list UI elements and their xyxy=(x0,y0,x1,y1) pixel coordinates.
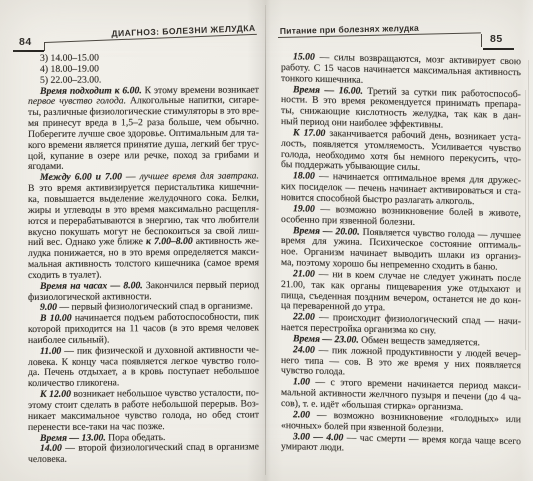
fore-edge-highlight xyxy=(521,0,533,481)
header-rule-step-left xyxy=(44,42,45,51)
page-number-left: 84 xyxy=(19,36,32,48)
page-edge-line xyxy=(528,60,529,390)
page-gutter-line xyxy=(265,5,266,475)
text-column-left: 3) 14.00–15.004) 18.00–19.005) 22.00–23.… xyxy=(28,52,259,466)
header-left: ДИАГНОЗ: БОЛЕЗНИ ЖЕЛУДКА xyxy=(44,19,256,43)
text-column-right: 15.00—силывозвращаются,мозгактивируетсво… xyxy=(281,52,521,458)
header-right: Питание при болезнях желудка xyxy=(278,17,481,38)
page-edge-line xyxy=(525,90,526,350)
header-rule-step-right xyxy=(481,34,482,47)
page-number-underline-right xyxy=(483,48,514,51)
page-number-underline-left xyxy=(13,50,44,53)
page-number-right: 85 xyxy=(490,33,503,45)
book-spread: 84 ДИАГНОЗ: БОЛЕЗНИ ЖЕЛУДКА Питание при … xyxy=(0,0,533,481)
text-line: человека. xyxy=(28,454,259,466)
